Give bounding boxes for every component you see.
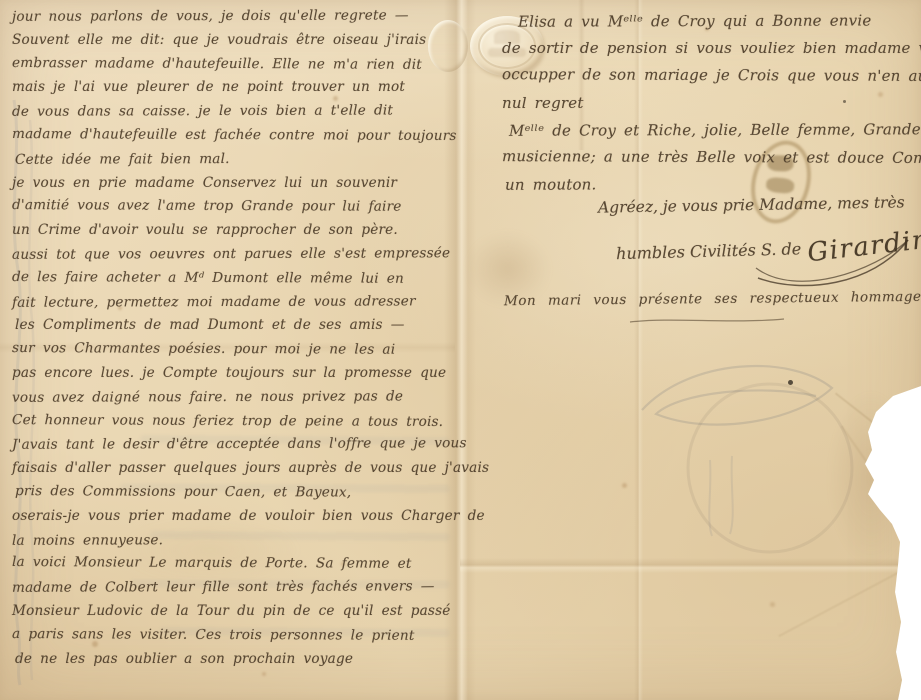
foxing-spot [262, 672, 266, 676]
handwritten-line: pas encore lues. je Compte toujours sur … [12, 362, 460, 386]
handwritten-line: fait lecture, permettez moi madame de vo… [12, 290, 460, 315]
postscript-line: Mon mari vous présente ses respectueux h… [504, 289, 921, 309]
handwritten-line: un Crime d'avoir voulu se rapprocher de … [12, 219, 460, 243]
handwritten-line: embrasser madame d'hautefeuille. Elle ne… [12, 52, 460, 78]
handwritten-line: nul regret [502, 90, 921, 117]
handwritten-line: jour nous parlons de vous, je dois qu'el… [12, 4, 460, 29]
postscript-underline [628, 316, 788, 326]
handwritten-line: madame d'hautefeuille est fachée contre … [12, 123, 460, 149]
handwritten-line: les Compliments de mad Dumont et de ses … [15, 314, 460, 338]
handwritten-line: je vous en prie madame Conservez lui un … [12, 172, 460, 196]
handwritten-line: Cet honneur vous nous feriez trop de pei… [12, 409, 460, 435]
handwritten-line: musicienne; a une très Belle voix et est… [502, 143, 921, 172]
handwritten-line: Elisa a vu Mᵉˡˡᵉ de Croy qui a Bonne env… [502, 7, 921, 36]
handwritten-line: aussi tot que vos oeuvres ont parues ell… [12, 242, 460, 267]
foxing-spot [770, 602, 775, 607]
letter-right-page-text: Elisa a vu Mᵉˡˡᵉ de Croy qui a Bonne env… [502, 8, 921, 198]
handwritten-line: J'avais tant le desir d'être acceptée da… [12, 433, 460, 458]
letter-paper: jour nous parlons de vous, je dois qu'el… [0, 0, 921, 700]
handwritten-line: sur vos Charmantes poésies. pour moi je … [12, 337, 460, 363]
handwritten-line: de ne les pas oublier a son prochain voy… [15, 648, 460, 672]
handwritten-line: Cette idée me fait bien mal. [15, 147, 460, 172]
handwritten-line: la voici Monsieur Le marquis de Porte. S… [12, 551, 460, 577]
signature-flourish [750, 226, 920, 296]
handwritten-line: vous avez daigné nous faire. ne nous pri… [12, 385, 460, 410]
handwritten-line: d'amitié vous avez l'ame trop Grande pou… [12, 194, 460, 220]
handwritten-line: de vous dans sa caisse. je le vois bien … [12, 99, 460, 124]
foxing-spot [622, 483, 627, 488]
handwritten-line: Monsieur Ludovic de la Tour du pin de ce… [12, 600, 460, 624]
handwritten-line: de les faire acheter a Mᵈ Dumont elle mê… [12, 266, 460, 292]
torn-edge-shadow [828, 390, 914, 566]
handwritten-line: Mᵉˡˡᵉ de Croy et Riche, jolie, Belle fem… [502, 116, 921, 145]
handwritten-line: pris des Commissions pour Caen, et Bayeu… [15, 480, 460, 506]
letter-scan: jour nous parlons de vous, je dois qu'el… [0, 0, 921, 700]
diagonal-crease [778, 565, 911, 637]
handwritten-line: mais je l'ai vue pleurer de ne point tro… [12, 76, 460, 100]
horizontal-crease-right-page [460, 558, 921, 573]
handwritten-line: de sortir de pension si vous vouliez bie… [502, 35, 921, 62]
handwritten-line: a paris sans les visiter. Ces trois pers… [12, 623, 460, 649]
letter-left-page-text: jour nous parlons de vous, je dois qu'el… [12, 5, 460, 671]
handwritten-line: Souvent elle me dit: que je voudrais êtr… [12, 29, 460, 53]
handwritten-line: faisais d'aller passer quelques jours au… [12, 457, 460, 481]
handwritten-line: la moins ennuyeuse. [12, 528, 460, 553]
ink-fleck [788, 380, 793, 385]
handwritten-line: madame de Colbert leur fille sont très f… [12, 575, 460, 600]
handwritten-line: occupper de son mariage je Crois que vou… [502, 61, 921, 90]
handwritten-line: oserais-je vous prier madame de vouloir … [12, 505, 460, 529]
